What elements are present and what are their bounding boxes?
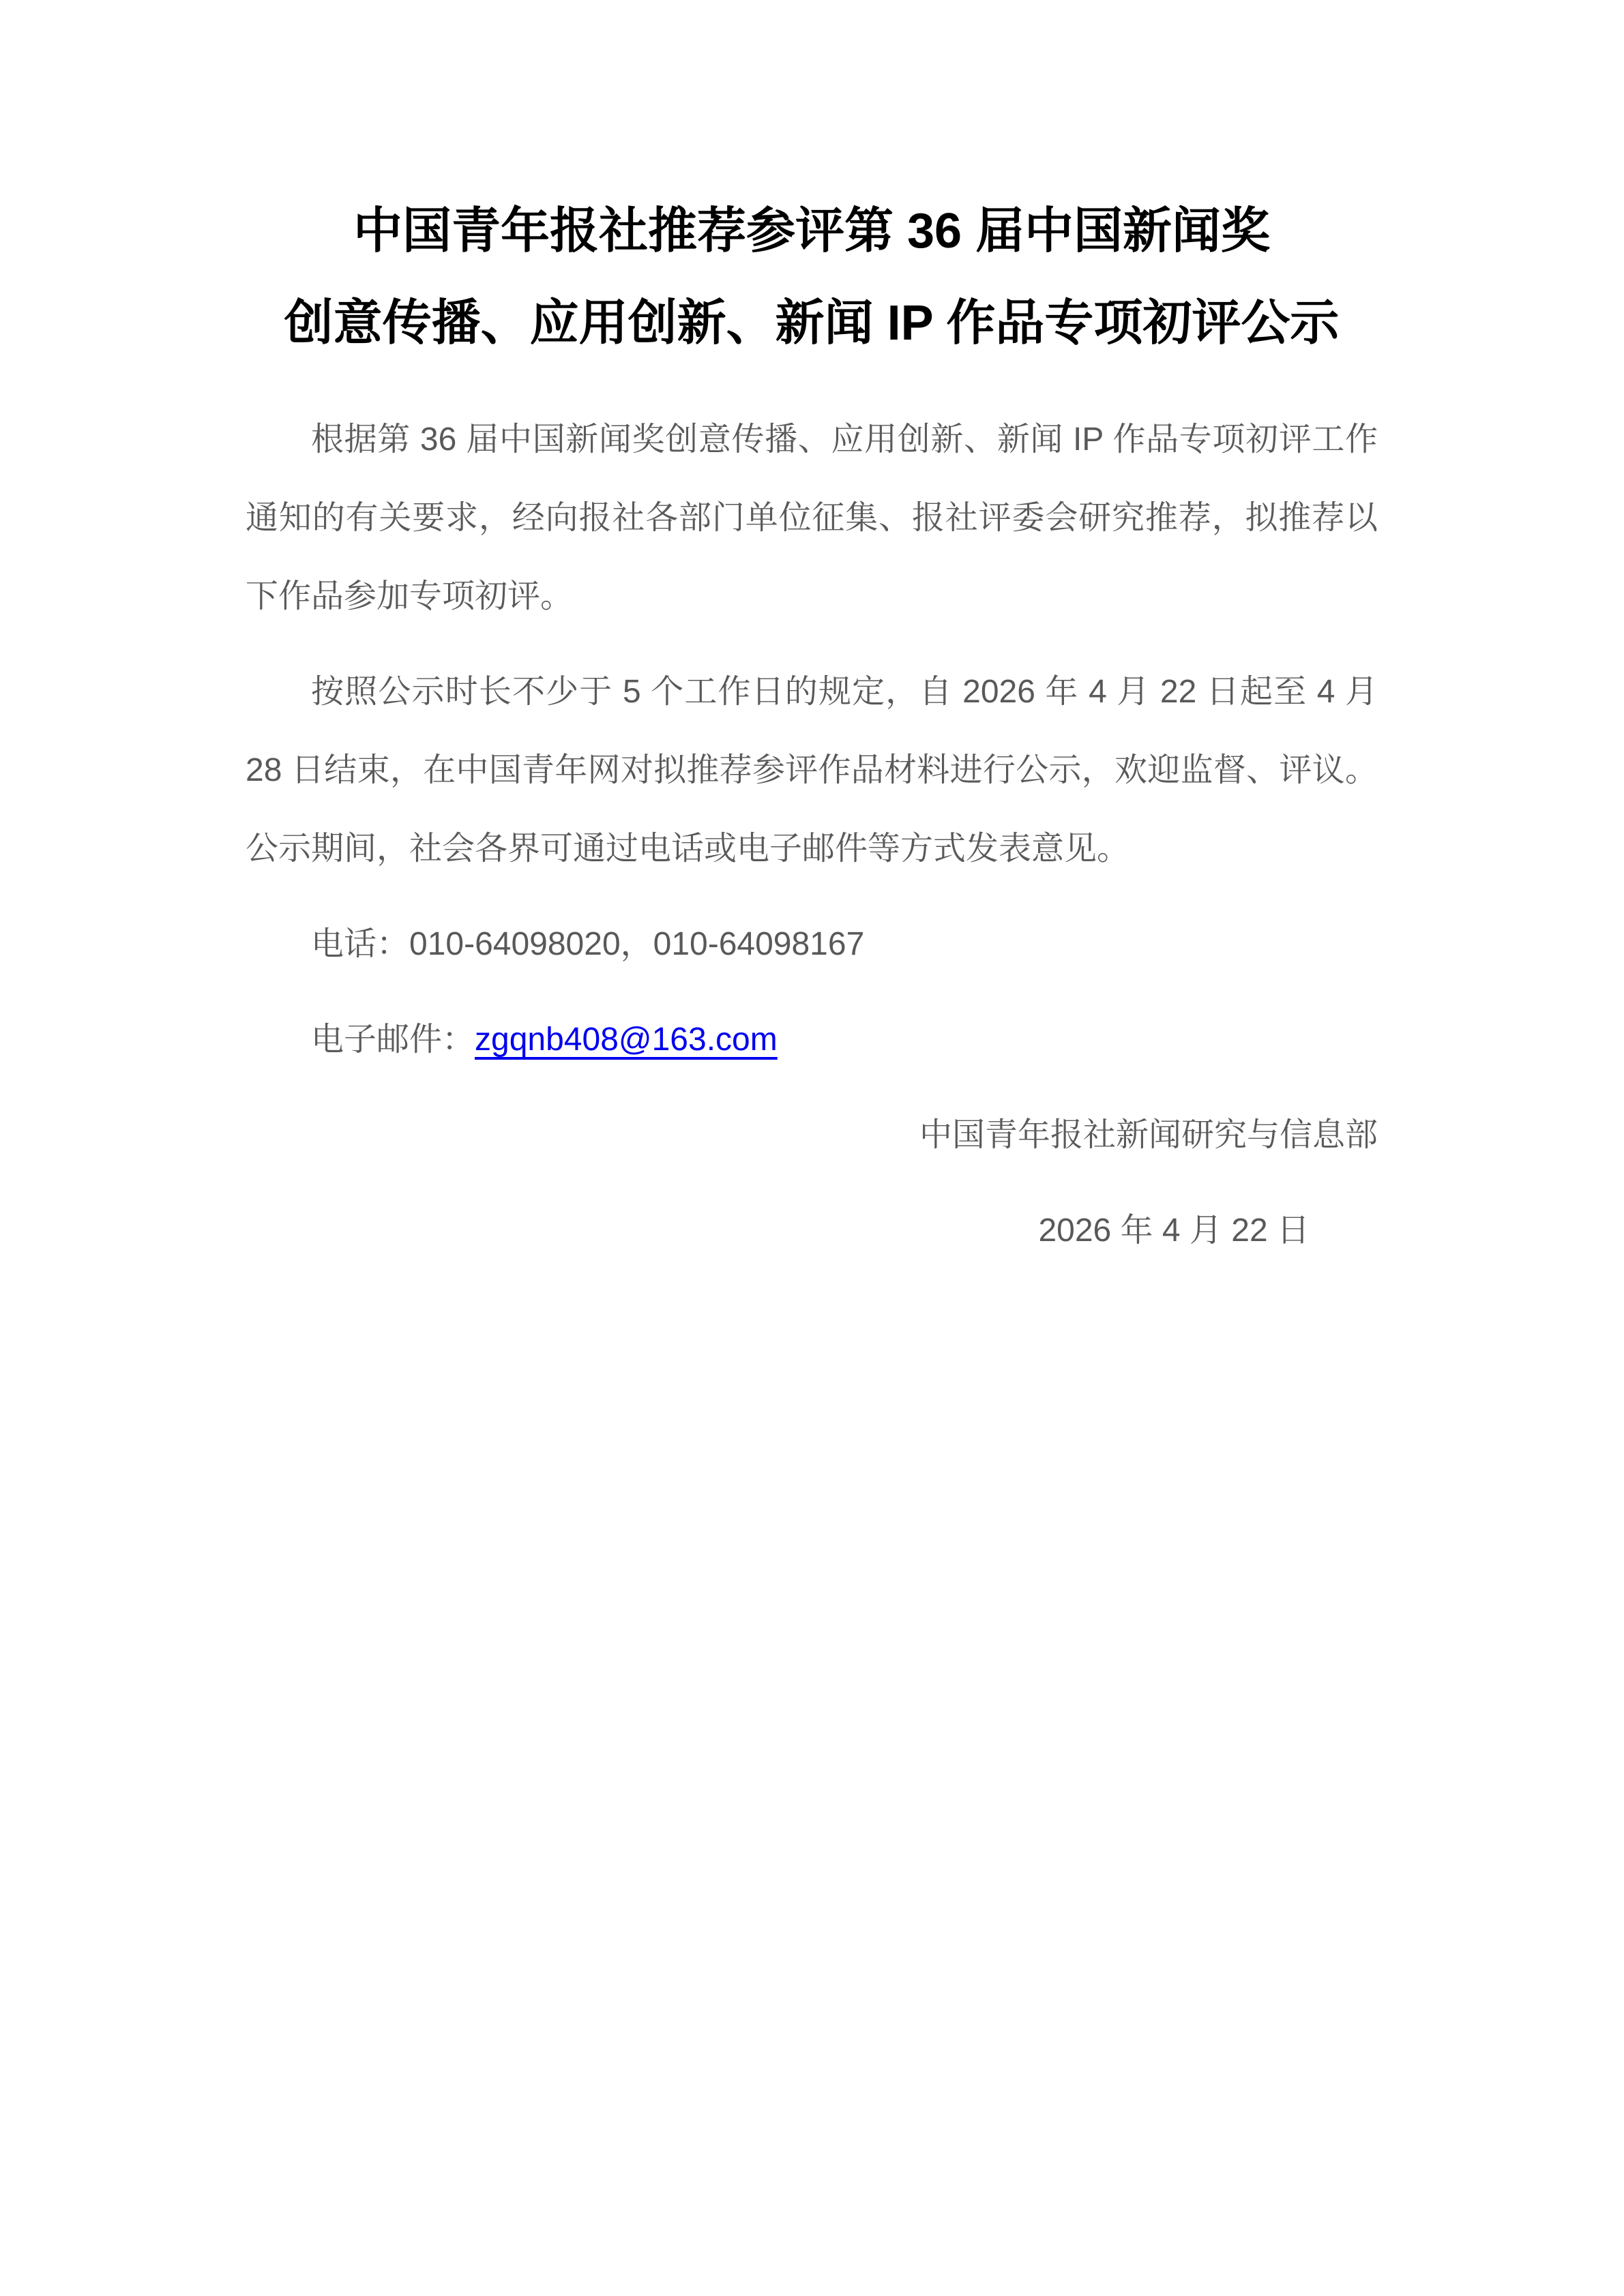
- document-title: 中国青年报社推荐参评第 36 届中国新闻奖 创意传播、应用创新、新闻 IP 作品…: [246, 185, 1378, 370]
- document-title-line-1: 中国青年报社推荐参评第 36 届中国新闻奖: [246, 185, 1378, 278]
- body-paragraph-2: 按照公示时长不少于 5 个工作日的规定，自 2026 年 4 月 22 日起至 …: [246, 653, 1378, 888]
- body-paragraph-1: 根据第 36 届中国新闻奖创意传播、应用创新、新闻 IP 作品专项初评工作通知的…: [246, 400, 1378, 636]
- email-line: 电子邮件：zgqnb408@163.com: [246, 1000, 1378, 1079]
- signature-department: 中国青年报社新闻研究与信息部: [246, 1096, 1378, 1174]
- document-page: 中国青年报社推荐参评第 36 届中国新闻奖 创意传播、应用创新、新闻 IP 作品…: [0, 0, 1624, 2296]
- phone-numbers: 电话：010-64098020，010-64098167: [311, 926, 864, 962]
- email-label: 电子邮件：: [311, 1022, 475, 1058]
- phone-line: 电话：010-64098020，010-64098167: [246, 905, 1378, 983]
- signature-date: 2026 年 4 月 22 日: [246, 1191, 1378, 1270]
- email-link[interactable]: zgqnb408@163.com: [475, 1022, 778, 1058]
- document-title-line-2: 创意传播、应用创新、新闻 IP 作品专项初评公示: [246, 278, 1378, 370]
- document-content: 中国青年报社推荐参评第 36 届中国新闻奖 创意传播、应用创新、新闻 IP 作品…: [246, 185, 1378, 1270]
